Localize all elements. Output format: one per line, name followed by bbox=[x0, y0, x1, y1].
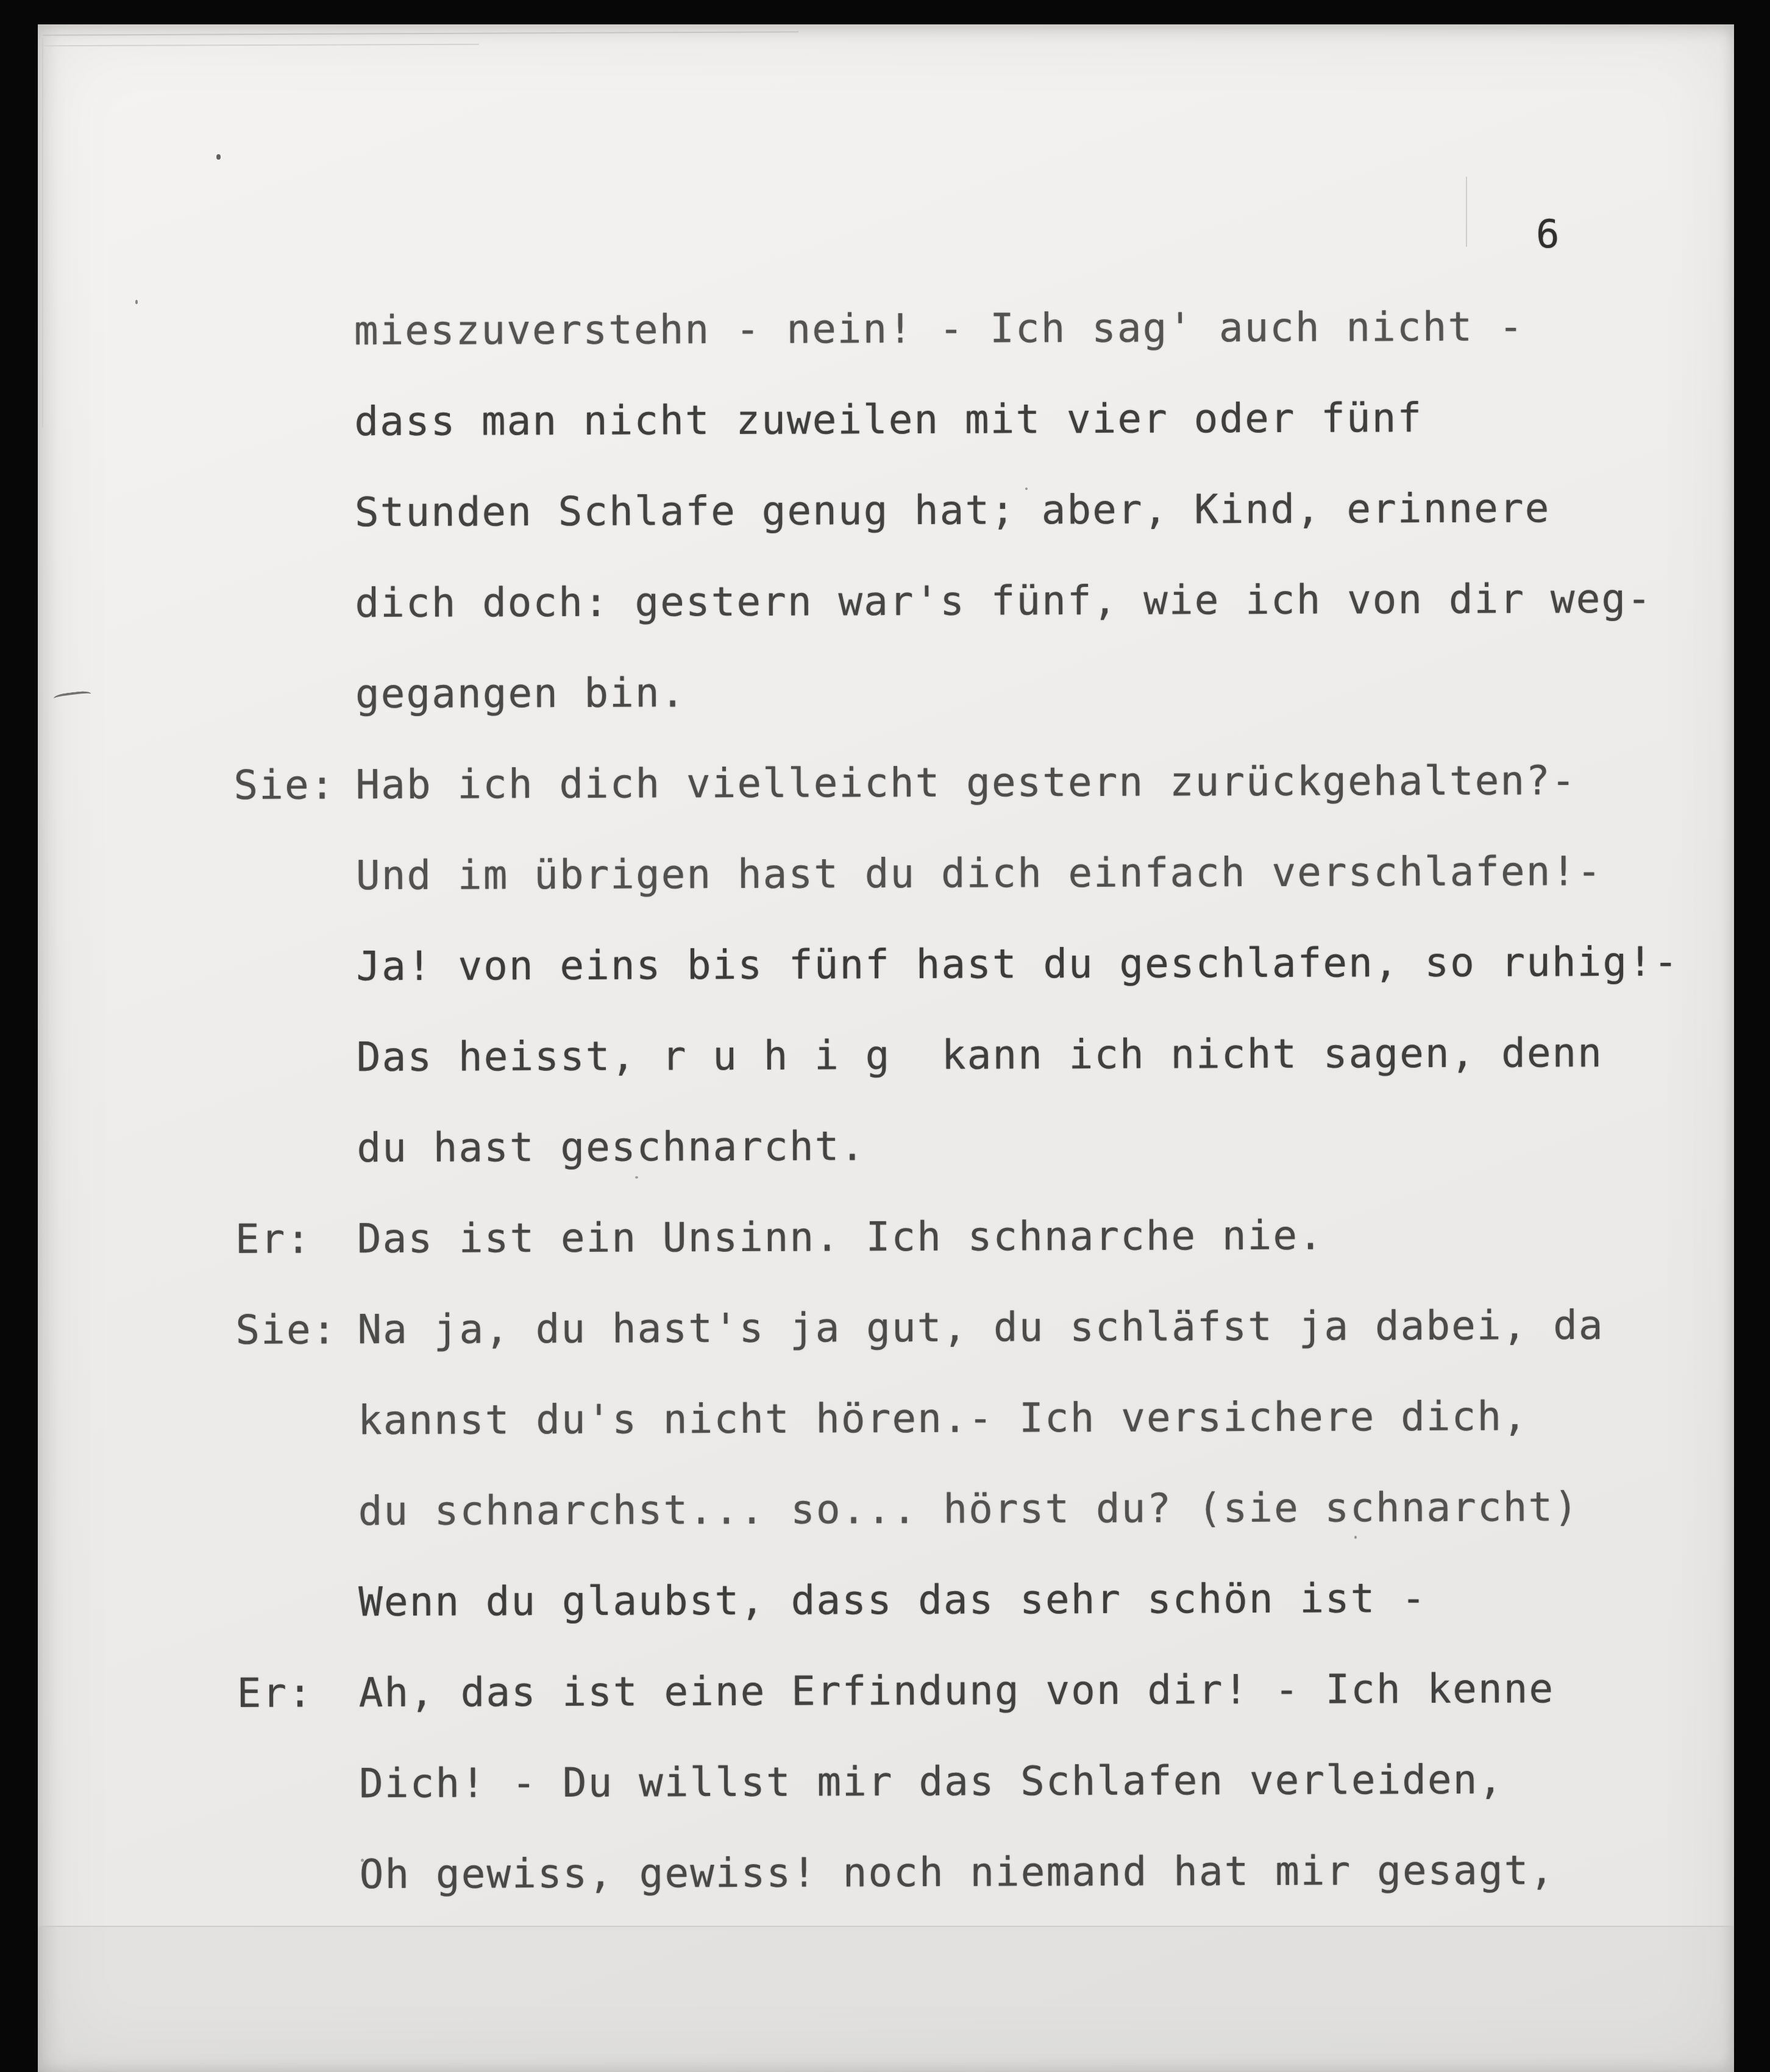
dialogue-line-text: Dich! - Du willst mir das Schlafen verle… bbox=[359, 1756, 1504, 1808]
dialogue-line-text: Ja! von eins bis fünf hast du geschlafen… bbox=[356, 938, 1679, 990]
dialogue-row: dass man nicht zuweilen mit vier oder fü… bbox=[35, 393, 1732, 454]
dialogue-row: Wenn du glaubst, dass das sehr schön ist… bbox=[40, 1574, 1736, 1634]
dialogue-line-text: du hast geschnarcht. bbox=[357, 1123, 865, 1171]
dialogue-line-text: Wenn du glaubst, dass das sehr schön ist… bbox=[358, 1575, 1427, 1625]
dialogue-line-text: Stunden Schlafe genug hat; aber, Kind, e… bbox=[355, 484, 1551, 536]
dialogue-row: gegangen bin. bbox=[37, 665, 1733, 726]
dialogue-row: Er:Das ist ein Unsinn. Ich schnarche nie… bbox=[38, 1210, 1735, 1271]
dialogue-line-text: Ah, das ist eine Erfindung von dir! - Ic… bbox=[358, 1665, 1554, 1716]
dialogue-row: du hast geschnarcht. bbox=[38, 1119, 1734, 1180]
document-page: 6 mieszuverstehn - nein! - Ich sag' auch… bbox=[38, 24, 1734, 2072]
dialogue-line-text: gegangen bin. bbox=[355, 669, 686, 717]
dialogue-row: Und im übrigen hast du dich einfach vers… bbox=[37, 847, 1733, 908]
dialogue-row: kannst du's nicht hören.- Ich versichere… bbox=[39, 1392, 1735, 1453]
dialogue-row: dich doch: gestern war's fünf, wie ich v… bbox=[36, 575, 1732, 636]
dialogue-line-text: dich doch: gestern war's fünf, wie ich v… bbox=[355, 575, 1652, 626]
dialogue-line-text: du schnarchst... so... hörst du? (sie sc… bbox=[358, 1483, 1579, 1534]
dialogue-row: mieszuverstehn - nein! - Ich sag' auch n… bbox=[35, 302, 1732, 363]
text-block: mieszuverstehn - nein! - Ich sag' auch n… bbox=[34, 19, 1738, 2072]
speaker-label: Er: bbox=[235, 1215, 311, 1262]
dialogue-row: Ja! von eins bis fünf hast du geschlafen… bbox=[37, 938, 1733, 999]
dialogue-row: du schnarchst... so... hörst du? (sie sc… bbox=[39, 1483, 1735, 1544]
dialogue-line-text: Na ja, du hast's ja gut, du schläfst ja … bbox=[357, 1302, 1604, 1353]
dialogue-row: Dich! - Du willst mir das Schlafen verle… bbox=[40, 1755, 1736, 1816]
dialogue-row: Oh gewiss, gewiss! noch niemand hat mir … bbox=[41, 1846, 1737, 1907]
dialogue-line-text: mieszuverstehn - nein! - Ich sag' auch n… bbox=[354, 303, 1524, 355]
dialogue-row: Das heisst, r u h i g kann ich nicht sag… bbox=[38, 1029, 1734, 1090]
dialogue-line-text: Hab ich dich vielleicht gestern zurückge… bbox=[355, 757, 1577, 808]
dialogue-row: Sie:Hab ich dich vielleicht gestern zurü… bbox=[37, 756, 1733, 817]
dialogue-row: Stunden Schlafe genug hat; aber, Kind, e… bbox=[36, 484, 1732, 545]
dialogue-line-text: dass man nicht zuweilen mit vier oder fü… bbox=[354, 394, 1423, 445]
dialogue-line-text: kannst du's nicht hören.- Ich versichere… bbox=[358, 1393, 1528, 1444]
dialogue-row: Sie:Na ja, du hast's ja gut, du schläfst… bbox=[38, 1301, 1735, 1362]
speaker-label: Er: bbox=[236, 1669, 313, 1716]
dialogue-line-text: Oh gewiss, gewiss! noch niemand hat mir … bbox=[360, 1847, 1555, 1898]
speaker-label: Sie: bbox=[235, 1306, 337, 1354]
scan-background: { "scan": { "page_number": "6", "dialogu… bbox=[0, 0, 1770, 2072]
dialogue-line-text: Das ist ein Unsinn. Ich schnarche nie. bbox=[357, 1212, 1324, 1263]
page-bottom-shading bbox=[38, 1927, 1734, 2072]
dialogue-row: Er:Ah, das ist eine Erfindung von dir! -… bbox=[40, 1664, 1736, 1725]
dialogue-line-text: Das heisst, r u h i g kann ich nicht sag… bbox=[357, 1029, 1603, 1080]
dialogue-line-text: Und im übrigen hast du dich einfach vers… bbox=[356, 848, 1602, 899]
speaker-label: Sie: bbox=[233, 761, 335, 809]
